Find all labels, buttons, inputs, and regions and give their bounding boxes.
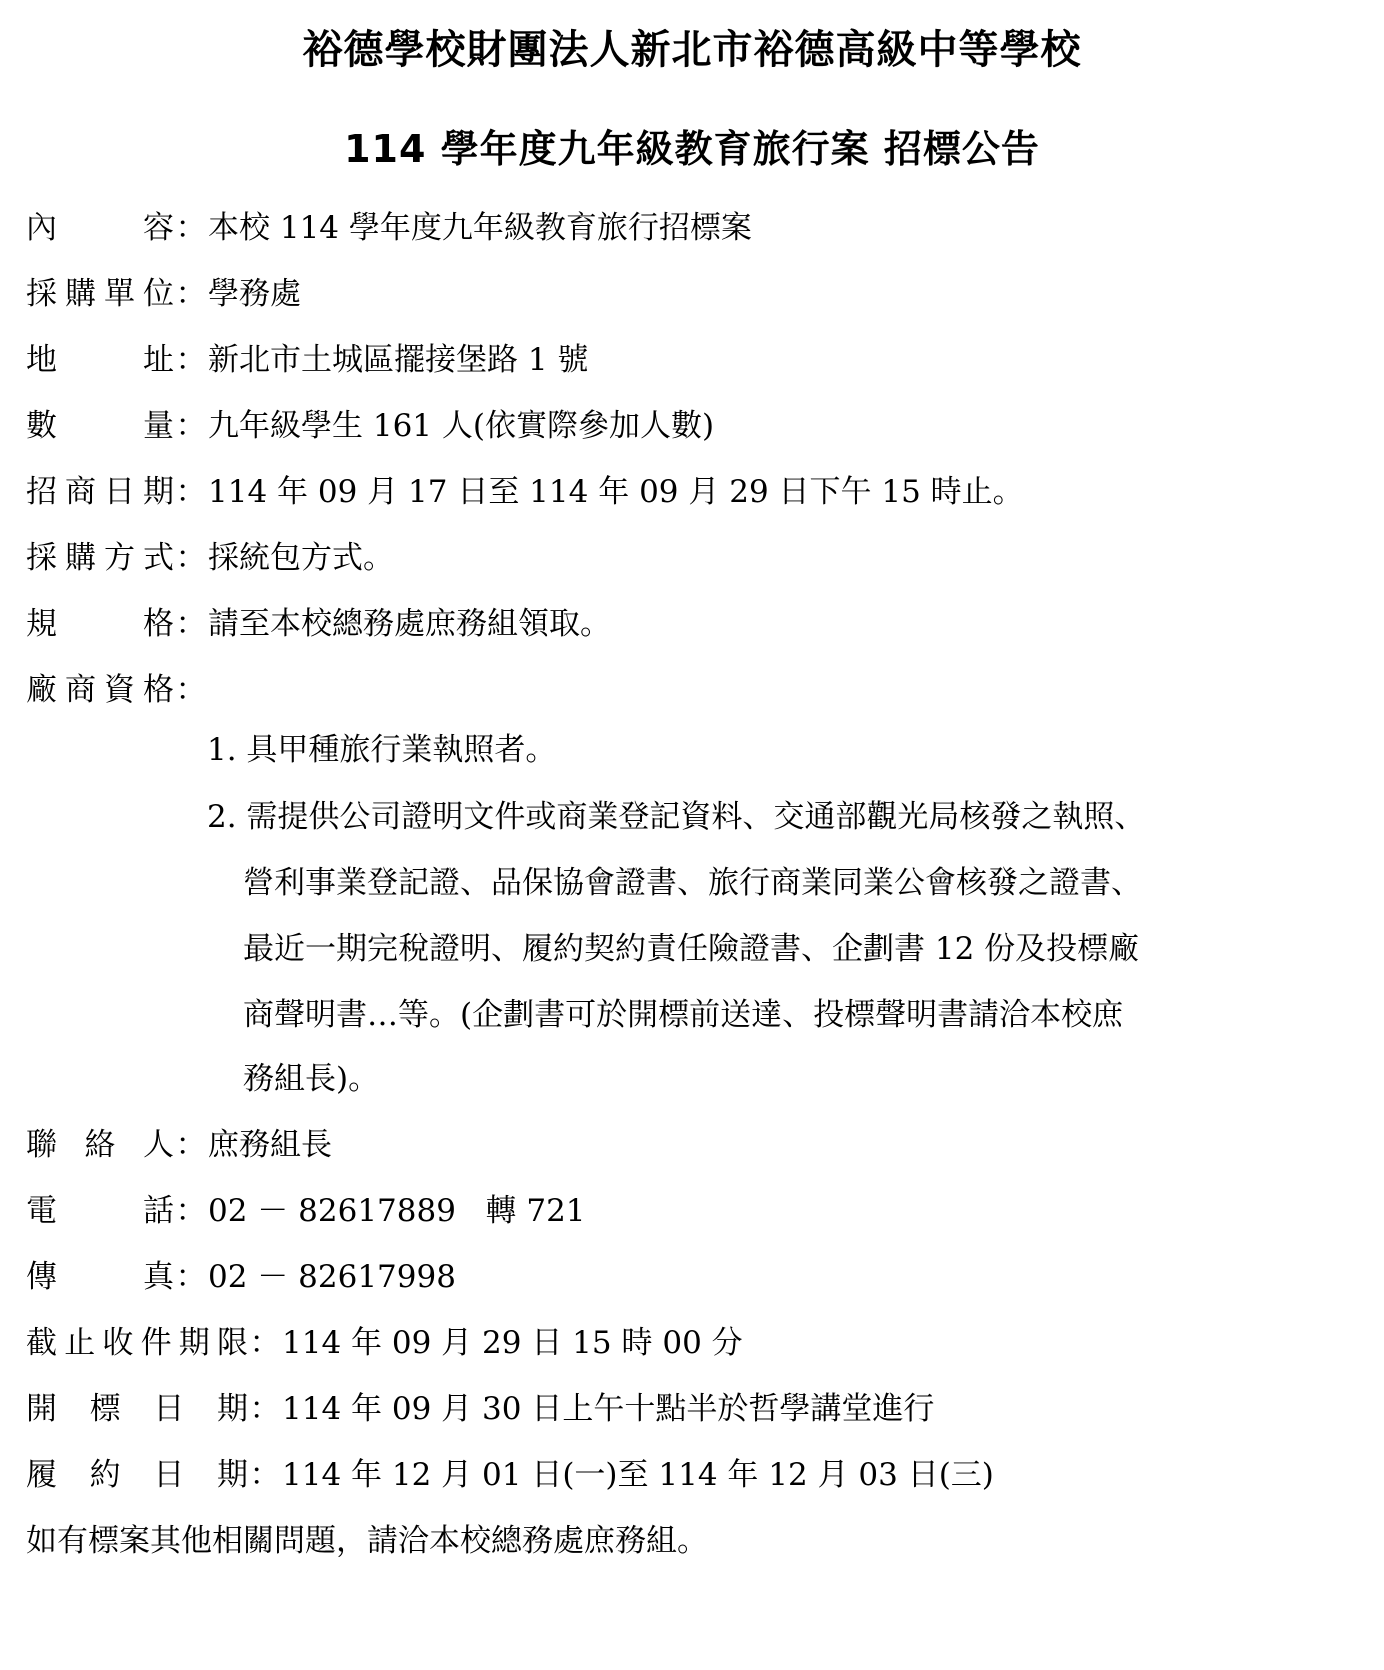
field-contact-person: 聯絡人 ： 庶務組長 [26,1125,332,1165]
field-value: 114 年 09 月 17 日至 114 年 09 月 29 日下午 15 時止… [208,472,1024,512]
colon: ： [248,1455,282,1495]
field-specification: 規格 ： 請至本校總務處庶務組領取。 [26,604,611,644]
field-value: 學務處 [208,274,301,314]
field-procurement-method: 採購方式 ： 採統包方式。 [26,538,394,578]
field-value: 採統包方式。 [208,538,394,578]
colon: ： [248,1389,282,1429]
qualification-item-2: 2. 需提供公司證明文件或商業登記資料、交通部觀光局核發之執照、 [207,797,1145,837]
field-address: 地址 ： 新北市土城區擺接堡路 1 號 [26,340,588,380]
footer-note: 如有標案其他相關問題，請洽本校總務處庶務組。 [26,1521,708,1561]
field-label: 聯絡人 [26,1125,174,1165]
field-label: 電話 [26,1191,174,1231]
field-value: 本校 114 學年度九年級教育旅行招標案 [208,208,752,248]
field-label: 數量 [26,406,174,446]
field-value: 114 年 09 月 30 日上午十點半於哲學講堂進行 [282,1389,934,1429]
colon: ： [174,1191,208,1231]
field-value: 庶務組長 [208,1125,332,1165]
field-label: 履約日期 [26,1455,248,1495]
field-value: 九年級學生 161 人(依實際參加人數) [208,406,714,446]
field-content: 內容 ： 本校 114 學年度九年級教育旅行招標案 [26,208,752,248]
colon: ： [174,208,208,248]
field-bid-opening-date: 開標日期 ： 114 年 09 月 30 日上午十點半於哲學講堂進行 [26,1389,934,1429]
colon: ： [174,538,208,578]
field-label: 截止收件期限 [26,1323,248,1363]
field-value: 請至本校總務處庶務組領取。 [208,604,611,644]
field-value: 02 － 82617998 [208,1257,456,1297]
field-quantity: 數量 ： 九年級學生 161 人(依實際參加人數) [26,406,714,446]
field-performance-date: 履約日期 ： 114 年 12 月 01 日(一)至 114 年 12 月 03… [26,1455,994,1495]
field-vendor-qualifications: 廠商資格 ： [26,670,208,710]
notice-title: 114 學年度九年級教育旅行案 招標公告 [0,118,1384,173]
colon: ： [174,472,208,512]
field-label: 採購單位 [26,274,174,314]
field-label: 開標日期 [26,1389,248,1429]
colon: ： [174,670,208,710]
field-submission-deadline: 截止收件期限 ： 114 年 09 月 29 日 15 時 00 分 [26,1323,743,1363]
field-procuring-unit: 採購單位 ： 學務處 [26,274,301,314]
colon: ： [174,1125,208,1165]
qualification-item-1: 1. 具甲種旅行業執照者。 [207,730,556,770]
field-value: 114 年 12 月 01 日(一)至 114 年 12 月 03 日(三) [282,1455,994,1495]
colon: ： [174,274,208,314]
field-value: 新北市土城區擺接堡路 1 號 [208,340,588,380]
field-label: 招商日期 [26,472,174,512]
qualification-item-2-line: 務組長)。 [243,1059,379,1099]
field-label: 規格 [26,604,174,644]
colon: ： [174,1257,208,1297]
qualification-item-2-line: 最近一期完稅證明、履約契約責任險證書、企劃書 12 份及投標廠 [243,929,1139,969]
colon: ： [174,340,208,380]
field-label: 採購方式 [26,538,174,578]
field-label: 地址 [26,340,174,380]
colon: ： [174,604,208,644]
field-fax: 傳真 ： 02 － 82617998 [26,1257,456,1297]
colon: ： [248,1323,282,1363]
school-org-title: 裕德學校財團法人新北市裕德高級中等學校 [0,18,1384,75]
qualification-item-2-line: 商聲明書…等。(企劃書可於開標前送達、投標聲明書請洽本校庶 [243,995,1123,1035]
field-bidding-period: 招商日期 ： 114 年 09 月 17 日至 114 年 09 月 29 日下… [26,472,1024,512]
field-value: 02 － 82617889 轉 721 [208,1191,586,1231]
colon: ： [174,406,208,446]
field-label: 傳真 [26,1257,174,1297]
qualification-item-2-line: 營利事業登記證、品保協會證書、旅行商業同業公會核發之證書、 [243,863,1142,903]
field-label: 廠商資格 [26,670,174,710]
field-phone: 電話 ： 02 － 82617889 轉 721 [26,1191,586,1231]
field-label: 內容 [26,208,174,248]
field-value: 114 年 09 月 29 日 15 時 00 分 [282,1323,743,1363]
